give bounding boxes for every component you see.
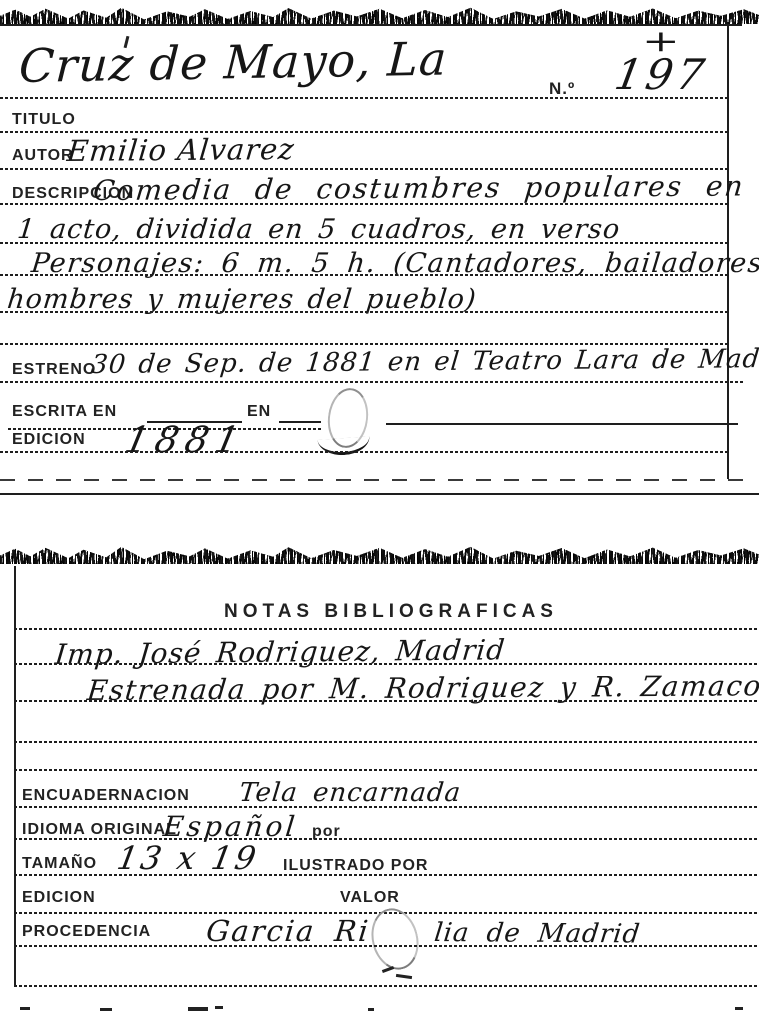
pen-squiggle — [317, 436, 370, 457]
autor-value: Emilio Alvarez — [66, 136, 296, 164]
tamano-value: 13 x 19 — [115, 844, 261, 873]
card-bottom-rule — [0, 493, 759, 495]
descripcion-line: hombres y mujeres del pueblo) — [6, 288, 478, 312]
ilustrado-por-label: ILUSTRADO POR — [283, 858, 428, 874]
escrita-en-label: ESCRITA EN — [12, 404, 117, 420]
descripcion-line: 1 acto, dividida en 5 cuadros, en verso — [16, 218, 621, 242]
edicion-label: EDICION — [12, 432, 86, 448]
ruled-line — [0, 242, 727, 244]
bottom-stray-dash — [188, 1007, 208, 1011]
bottom-stray-dash — [20, 1007, 30, 1010]
scanned-catalog-card-page: Cruz de Mayo, La N.º 197 + TITULO AUTOR … — [0, 0, 759, 1028]
number-label: N.º — [549, 80, 575, 97]
procedencia-label: PROCEDENCIA — [22, 924, 151, 940]
descripcion-line: Comedia de costumbres populares en — [92, 173, 746, 203]
card-top-rule — [0, 24, 742, 26]
smudge-streak — [382, 966, 394, 973]
idioma-original-label: IDIOMA ORIGINAL — [22, 822, 177, 838]
valor-label: VALOR — [340, 890, 400, 906]
ruled-line — [14, 769, 759, 771]
en-fill-line — [279, 421, 321, 423]
torn-edge-top — [0, 6, 759, 24]
descripcion-line: Personajes: 6 m. 5 h. (Cantadores, baila… — [30, 252, 759, 276]
ruled-line — [14, 663, 759, 665]
ruled-line — [14, 874, 759, 876]
encuadernacion-value: Tela encarnada — [238, 782, 462, 805]
bottom-stray-dash — [215, 1006, 223, 1009]
ruled-line — [0, 381, 745, 383]
notas-heading: NOTAS BIBLIOGRAFICAS — [224, 602, 558, 621]
notes-line: Estrenada por M. Rodriguez y R. Zamacois — [86, 673, 759, 703]
ruled-line — [14, 628, 759, 630]
ruled-line — [0, 203, 727, 205]
ink-smudge-2 — [365, 903, 425, 974]
edicion2-label: EDICION — [22, 890, 96, 906]
titulo-label: TITULO — [12, 112, 76, 128]
procedencia-value-part1: Garcia Ri — [205, 918, 371, 944]
ruled-line — [14, 945, 759, 947]
bottom-stray-dash — [368, 1008, 374, 1011]
en-label: EN — [247, 404, 271, 420]
ruled-line — [0, 311, 727, 313]
tamano-label: TAMAÑO — [22, 856, 97, 872]
number-value: 197 — [612, 56, 711, 94]
ruled-line — [14, 741, 759, 743]
ruled-line — [14, 806, 759, 808]
idioma-original-value: Español — [162, 814, 299, 839]
bottom-stray-dash — [100, 1008, 112, 1011]
right-fill-line — [386, 423, 738, 425]
ruled-line — [0, 274, 727, 276]
title-handwritten: Cruz de Mayo, La — [18, 38, 448, 87]
ruled-line — [14, 700, 759, 702]
encuadernacion-label: ENCUADERNACION — [22, 788, 190, 804]
ruled-line — [0, 451, 727, 453]
bottom-stray-dash — [735, 1007, 743, 1010]
torn-edge-top-2 — [0, 545, 759, 564]
plus-mark: + — [642, 28, 680, 55]
smudge-streak — [396, 974, 412, 979]
estreno-label: ESTRENO — [12, 362, 96, 378]
ruled-line — [0, 97, 727, 99]
ruled-line — [14, 985, 759, 987]
card-bottom-dashed-rule — [0, 479, 747, 481]
estreno-value: 30 de Sep. de 1881 en el Teatro Lara de … — [90, 348, 759, 378]
procedencia-value-part2: lia de Madrid — [433, 922, 641, 947]
autor-label: AUTOR — [12, 148, 74, 164]
